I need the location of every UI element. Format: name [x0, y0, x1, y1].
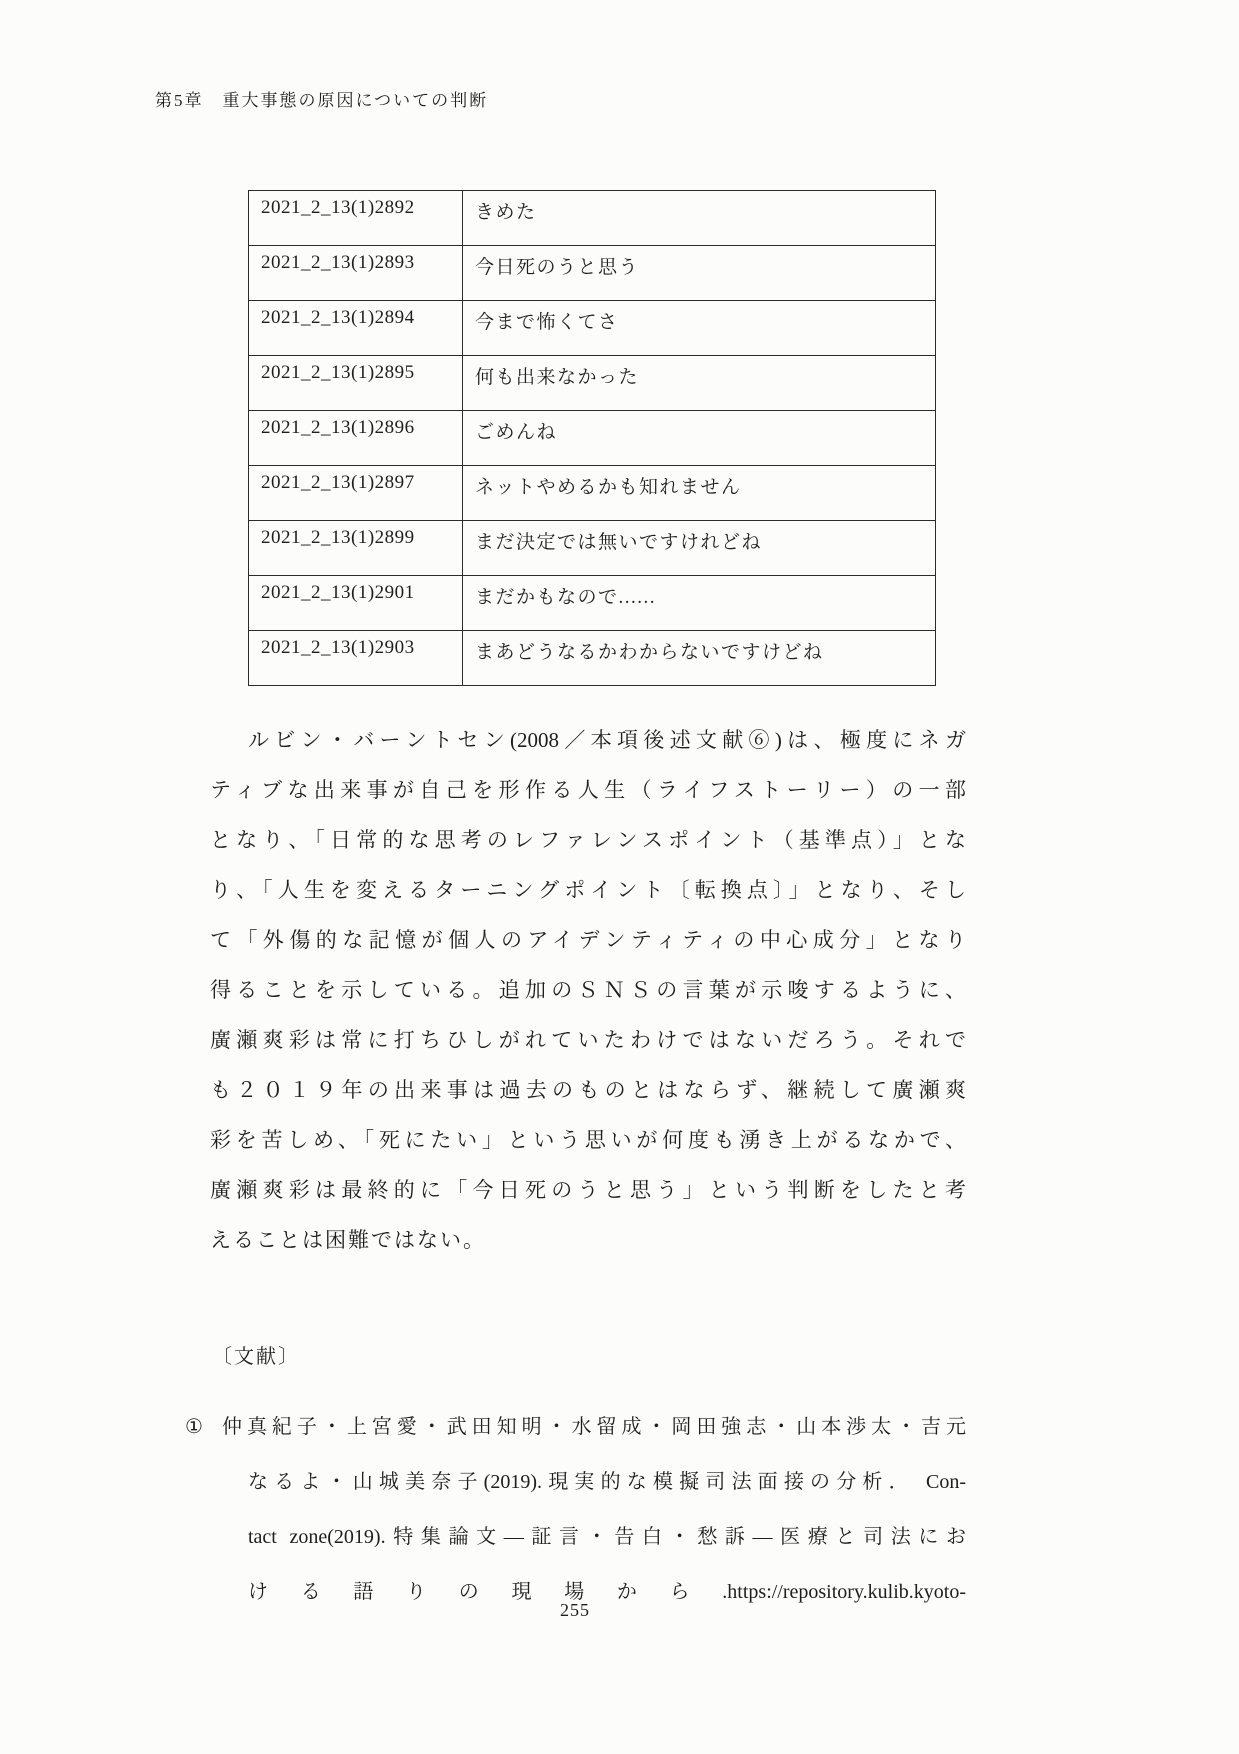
paragraph-line: えることは困難ではない。: [210, 1215, 966, 1265]
table-row: 2021_2_13(1)2893 今日死のうと思う: [249, 246, 936, 301]
paragraph-line: り、「人生を変えるターニングポイント〔転換点〕」となり、そし: [210, 865, 966, 915]
message-id-cell: 2021_2_13(1)2896: [249, 411, 463, 466]
paragraph-line: 廣瀬爽彩は常に打ちひしがれていたわけではないだろう。それで: [210, 1015, 966, 1065]
message-id-cell: 2021_2_13(1)2893: [249, 246, 463, 301]
reference-line: tact zone(2019).特集論文―証言・告白・愁訴―医療と司法にお: [248, 1510, 966, 1565]
message-id-cell: 2021_2_13(1)2897: [249, 466, 463, 521]
reference-line: 仲真紀子・上宮愛・武田知明・水留成・岡田強志・山本渉太・吉元: [222, 1400, 966, 1455]
paragraph-line: も２０１９年の出来事は過去のものとはならず、継続して廣瀬爽: [210, 1065, 966, 1115]
reference-line: なるよ・山城美奈子(2019).現実的な模擬司法面接の分析． Con-: [248, 1455, 966, 1510]
table-row: 2021_2_13(1)2892 きめた: [249, 191, 936, 246]
references-section-title: 〔文献〕: [212, 1340, 300, 1369]
message-id-cell: 2021_2_13(1)2899: [249, 521, 463, 576]
paragraph-line: となり、「日常的な思考のレファレンスポイント（基準点）」とな: [210, 815, 966, 865]
table-row: 2021_2_13(1)2901 まだかもなので......: [249, 576, 936, 631]
paragraph-line: て「外傷的な記憶が個人のアイデンティティの中心成分」となり: [210, 915, 966, 965]
chapter-header: 第5章 重大事態の原因についての判断: [155, 86, 488, 111]
paragraph-line: ルビン・バーントセン(2008／本項後述文献⑥)は、極度にネガ: [210, 715, 966, 765]
message-text-cell: 今日死のうと思う: [463, 246, 936, 301]
message-text-cell: 何も出来なかった: [463, 356, 936, 411]
table-row: 2021_2_13(1)2895 何も出来なかった: [249, 356, 936, 411]
table-row: 2021_2_13(1)2897 ネットやめるかも知れません: [249, 466, 936, 521]
message-text-cell: まだ決定では無いですけれどね: [463, 521, 936, 576]
message-text-cell: まだかもなので......: [463, 576, 936, 631]
message-id-cell: 2021_2_13(1)2901: [249, 576, 463, 631]
message-id-cell: 2021_2_13(1)2903: [249, 631, 463, 686]
table-row: 2021_2_13(1)2903 まあどうなるかわからないですけどね: [249, 631, 936, 686]
table-row: 2021_2_13(1)2899 まだ決定では無いですけれどね: [249, 521, 936, 576]
message-table-body: 2021_2_13(1)2892 きめた 2021_2_13(1)2893 今日…: [249, 191, 936, 686]
message-text-cell: 今まで怖くてさ: [463, 301, 936, 356]
message-text-cell: まあどうなるかわからないですけどね: [463, 631, 936, 686]
message-table: 2021_2_13(1)2892 きめた 2021_2_13(1)2893 今日…: [248, 190, 936, 686]
message-id-cell: 2021_2_13(1)2894: [249, 301, 463, 356]
message-text-cell: きめた: [463, 191, 936, 246]
message-text-cell: ネットやめるかも知れません: [463, 466, 936, 521]
paragraph-line: 彩を苦しめ、「死にたい」という思いが何度も湧き上がるなかで、: [210, 1115, 966, 1165]
reference-number-marker: ①: [185, 1400, 203, 1455]
message-id-cell: 2021_2_13(1)2892: [249, 191, 463, 246]
document-page: 第5章 重大事態の原因についての判断 2021_2_13(1)2892 きめた …: [0, 0, 1239, 1754]
message-id-cell: 2021_2_13(1)2895: [249, 356, 463, 411]
paragraph-line: ティブな出来事が自己を形作る人生（ライフストーリー）の一部: [210, 765, 966, 815]
page-number: 255: [185, 1600, 965, 1621]
paragraph-line: 廣瀬爽彩は最終的に「今日死のうと思う」という判断をしたと考: [210, 1165, 966, 1215]
reference-item: ① 仲真紀子・上宮愛・武田知明・水留成・岡田強志・山本渉太・吉元 なるよ・山城美…: [185, 1400, 966, 1620]
table-row: 2021_2_13(1)2896 ごめんね: [249, 411, 936, 466]
paragraph-line: 得ることを示している。追加のＳＮＳの言葉が示唆するように、: [210, 965, 966, 1015]
message-text-cell: ごめんね: [463, 411, 936, 466]
body-paragraph: ルビン・バーントセン(2008／本項後述文献⑥)は、極度にネガ ティブな出来事が…: [210, 715, 966, 1265]
table-row: 2021_2_13(1)2894 今まで怖くてさ: [249, 301, 936, 356]
